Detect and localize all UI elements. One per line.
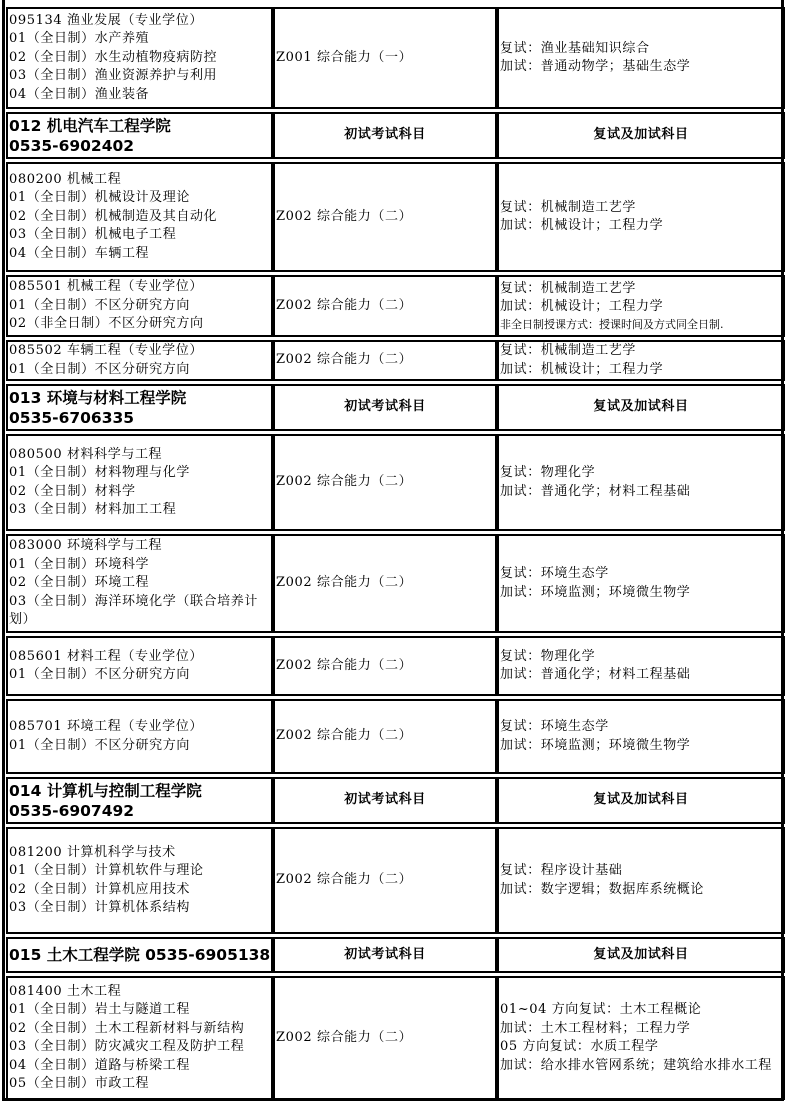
initial-exam: Z002 综合能力（二） <box>276 727 494 746</box>
department-name: 015 土木工程学院 0535-6905138 <box>9 945 270 965</box>
department-name: 014 计算机与控制工程学院 <box>9 781 270 801</box>
direction: 01（全日制）不区分研究方向 <box>9 361 270 380</box>
retest-cell: 01~04 方向复试：土木工程概论 加试：土木工程材料；工程力学 05 方向复试… <box>497 976 785 1100</box>
retest-header: 复试及加试科目 <box>497 777 785 824</box>
additional-subject: 加试：数字逻辑；数据库系统概论 <box>500 881 782 900</box>
program-cell: 085502 车辆工程（专业学位） 01（全日制）不区分研究方向 <box>6 340 273 381</box>
program-cell: 081400 土木工程 01（全日制）岩土与隧道工程 02（全日制）土木工程新材… <box>6 976 273 1100</box>
program-cell: 085601 材料工程（专业学位） 01（全日制）不区分研究方向 <box>6 636 273 696</box>
retest-cell: 复试：物理化学 加试：普通化学；材料工程基础 <box>497 434 785 531</box>
program-cell: 085501 机械工程（专业学位） 01（全日制）不区分研究方向 02（非全日制… <box>6 275 273 337</box>
additional-subject: 加试：环境监测；环境微生物学 <box>500 737 782 756</box>
department-cell: 015 土木工程学院 0535-6905138 <box>6 937 273 973</box>
program-title: 085501 机械工程（专业学位） <box>9 278 270 297</box>
direction: 04（全日制）车辆工程 <box>9 245 270 264</box>
retest-cell: 复试：机械制造工艺学 加试：机械设计；工程力学 非全日制授课方式：授课时间及方式… <box>497 275 785 337</box>
retest-subject: 复试：环境生态学 <box>500 565 782 584</box>
direction: 05（全日制）市政工程 <box>9 1075 270 1094</box>
initial-exam: Z002 综合能力（二） <box>276 351 494 370</box>
program-cell: 081200 计算机科学与技术 01（全日制）计算机软件与理论 02（全日制）计… <box>6 827 273 934</box>
initial-exam-header: 初试考试科目 <box>273 777 497 824</box>
table-row: 085501 机械工程（专业学位） 01（全日制）不区分研究方向 02（非全日制… <box>6 275 785 337</box>
additional-subject: 加试：环境监测；环境微生物学 <box>500 584 782 603</box>
retest-subject: 复试：机械制造工艺学 <box>500 342 782 361</box>
direction: 02（全日制）机械制造及其自动化 <box>9 208 270 227</box>
program-title: 085601 材料工程（专业学位） <box>9 648 270 667</box>
program-cell: 095134 渔业发展（专业学位） 01（全日制）水产养殖 02（全日制）水生动… <box>6 7 273 109</box>
program-cell: 083000 环境科学与工程 01（全日制）环境科学 02（全日制）环境工程 0… <box>6 534 273 633</box>
initial-exam: Z002 综合能力（二） <box>276 657 494 676</box>
retest-subject: 01~04 方向复试：土木工程概论 <box>500 1001 782 1020</box>
direction: 04（全日制）渔业装备 <box>9 86 270 105</box>
program-title: 080200 机械工程 <box>9 171 270 190</box>
department-cell: 014 计算机与控制工程学院 0535-6907492 <box>6 777 273 824</box>
program-title: 083000 环境科学与工程 <box>9 537 270 556</box>
additional-subject: 加试：普通动物学；基础生态学 <box>500 58 782 77</box>
retest-subject: 复试：程序设计基础 <box>500 862 782 881</box>
additional-subject: 加试：土木工程材料；工程力学 <box>500 1020 782 1039</box>
initial-exam-cell: Z002 综合能力（二） <box>273 340 497 381</box>
direction: 03（全日制）海洋环境化学（联合培养计划） <box>9 593 270 630</box>
retest-cell: 复试：环境生态学 加试：环境监测；环境微生物学 <box>497 699 785 774</box>
direction: 03（全日制）渔业资源养护与利用 <box>9 67 270 86</box>
direction: 01（全日制）计算机软件与理论 <box>9 862 270 881</box>
additional-subject: 加试：给水排水管网系统；建筑给水排水工程 <box>500 1057 782 1076</box>
direction: 03（全日制）防灾减灾工程及防护工程 <box>9 1038 270 1057</box>
department-phone: 0535-6902402 <box>9 136 270 156</box>
department-cell: 013 环境与材料工程学院 0535-6706335 <box>6 384 273 431</box>
initial-exam: Z002 综合能力（二） <box>276 574 494 593</box>
direction: 02（非全日制）不区分研究方向 <box>9 315 270 334</box>
table-row: 083000 环境科学与工程 01（全日制）环境科学 02（全日制）环境工程 0… <box>6 534 785 633</box>
direction: 03（全日制）计算机体系结构 <box>9 899 270 918</box>
program-cell: 080200 机械工程 01（全日制）机械设计及理论 02（全日制）机械制造及其… <box>6 162 273 272</box>
direction: 01（全日制）岩土与隧道工程 <box>9 1001 270 1020</box>
retest-header: 复试及加试科目 <box>497 384 785 431</box>
department-phone: 0535-6907492 <box>9 801 270 821</box>
retest-cell: 复试：机械制造工艺学 加试：机械设计；工程力学 <box>497 162 785 272</box>
retest-header: 复试及加试科目 <box>497 937 785 973</box>
program-title: 085701 环境工程（专业学位） <box>9 718 270 737</box>
program-title: 085502 车辆工程（专业学位） <box>9 342 270 361</box>
additional-subject: 加试：普通化学；材料工程基础 <box>500 666 782 685</box>
initial-exam: Z002 综合能力（二） <box>276 208 494 227</box>
direction: 01（全日制）不区分研究方向 <box>9 737 270 756</box>
direction: 03（全日制）机械电子工程 <box>9 226 270 245</box>
direction: 02（全日制）土木工程新材料与新结构 <box>9 1020 270 1039</box>
initial-exam-header: 初试考试科目 <box>273 937 497 973</box>
table-row: 080500 材料科学与工程 01（全日制）材料物理与化学 02（全日制）材料学… <box>6 434 785 531</box>
initial-exam: Z001 综合能力（一） <box>276 49 494 68</box>
initial-exam-cell: Z002 综合能力（二） <box>273 534 497 633</box>
department-header-row: 012 机电汽车工程学院 0535-6902402 初试考试科目 复试及加试科目 <box>6 112 785 159</box>
initial-exam: Z002 综合能力（二） <box>276 473 494 492</box>
admission-subjects-table: 095134 渔业发展（专业学位） 01（全日制）水产养殖 02（全日制）水生动… <box>6 4 785 1103</box>
direction: 01（全日制）机械设计及理论 <box>9 189 270 208</box>
program-cell: 085701 环境工程（专业学位） 01（全日制）不区分研究方向 <box>6 699 273 774</box>
part-time-note: 非全日制授课方式：授课时间及方式同全日制. <box>500 317 782 333</box>
table-row: 085601 材料工程（专业学位） 01（全日制）不区分研究方向 Z002 综合… <box>6 636 785 696</box>
initial-exam-header: 初试考试科目 <box>273 384 497 431</box>
initial-exam-cell: Z002 综合能力（二） <box>273 636 497 696</box>
program-title: 081400 土木工程 <box>9 983 270 1002</box>
initial-exam-cell: Z001 综合能力（一） <box>273 7 497 109</box>
direction: 01（全日制）环境科学 <box>9 556 270 575</box>
department-phone: 0535-6706335 <box>9 408 270 428</box>
department-header-row: 015 土木工程学院 0535-6905138 初试考试科目 复试及加试科目 <box>6 937 785 973</box>
retest-subject: 复试：物理化学 <box>500 464 782 483</box>
direction: 02（全日制）材料学 <box>9 483 270 502</box>
direction: 04（全日制）道路与桥梁工程 <box>9 1057 270 1076</box>
program-cell: 080500 材料科学与工程 01（全日制）材料物理与化学 02（全日制）材料学… <box>6 434 273 531</box>
direction: 03（全日制）材料加工工程 <box>9 501 270 520</box>
department-cell: 012 机电汽车工程学院 0535-6902402 <box>6 112 273 159</box>
additional-subject: 加试：机械设计；工程力学 <box>500 298 782 317</box>
direction: 02（全日制）环境工程 <box>9 574 270 593</box>
additional-subject: 加试：普通化学；材料工程基础 <box>500 483 782 502</box>
retest-subject: 复试：机械制造工艺学 <box>500 199 782 218</box>
retest-subject: 复试：机械制造工艺学 <box>500 280 782 299</box>
table-row: 080200 机械工程 01（全日制）机械设计及理论 02（全日制）机械制造及其… <box>6 162 785 272</box>
retest-subject: 05 方向复试：水质工程学 <box>500 1038 782 1057</box>
department-name: 013 环境与材料工程学院 <box>9 388 270 408</box>
initial-exam-header: 初试考试科目 <box>273 112 497 159</box>
initial-exam-cell: Z002 综合能力（二） <box>273 275 497 337</box>
program-title: 080500 材料科学与工程 <box>9 446 270 465</box>
retest-subject: 复试：环境生态学 <box>500 718 782 737</box>
retest-subject: 复试：渔业基础知识综合 <box>500 40 782 59</box>
department-header-row: 013 环境与材料工程学院 0535-6706335 初试考试科目 复试及加试科… <box>6 384 785 431</box>
table-row: 081400 土木工程 01（全日制）岩土与隧道工程 02（全日制）土木工程新材… <box>6 976 785 1100</box>
initial-exam-cell: Z002 综合能力（二） <box>273 434 497 531</box>
direction: 01（全日制）不区分研究方向 <box>9 297 270 316</box>
department-name: 012 机电汽车工程学院 <box>9 116 270 136</box>
retest-cell: 复试：程序设计基础 加试：数字逻辑；数据库系统概论 <box>497 827 785 934</box>
initial-exam: Z002 综合能力（二） <box>276 297 494 316</box>
direction: 02（全日制）水生动植物疫病防控 <box>9 49 270 68</box>
initial-exam-cell: Z002 综合能力（二） <box>273 162 497 272</box>
retest-header: 复试及加试科目 <box>497 112 785 159</box>
retest-subject: 复试：物理化学 <box>500 648 782 667</box>
initial-exam-cell: Z002 综合能力（二） <box>273 827 497 934</box>
additional-subject: 加试：机械设计；工程力学 <box>500 217 782 236</box>
table-row: 085502 车辆工程（专业学位） 01（全日制）不区分研究方向 Z002 综合… <box>6 340 785 381</box>
retest-cell: 复试：物理化学 加试：普通化学；材料工程基础 <box>497 636 785 696</box>
initial-exam: Z002 综合能力（二） <box>276 1029 494 1048</box>
program-title: 095134 渔业发展（专业学位） <box>9 12 270 31</box>
initial-exam-cell: Z002 综合能力（二） <box>273 976 497 1100</box>
retest-cell: 复试：机械制造工艺学 加试：机械设计；工程力学 <box>497 340 785 381</box>
direction: 01（全日制）水产养殖 <box>9 30 270 49</box>
initial-exam: Z002 综合能力（二） <box>276 871 494 890</box>
retest-cell: 复试：渔业基础知识综合 加试：普通动物学；基础生态学 <box>497 7 785 109</box>
initial-exam-cell: Z002 综合能力（二） <box>273 699 497 774</box>
department-header-row: 014 计算机与控制工程学院 0535-6907492 初试考试科目 复试及加试… <box>6 777 785 824</box>
table-row: 095134 渔业发展（专业学位） 01（全日制）水产养殖 02（全日制）水生动… <box>6 7 785 109</box>
program-title: 081200 计算机科学与技术 <box>9 844 270 863</box>
additional-subject: 加试：机械设计；工程力学 <box>500 361 782 380</box>
direction: 01（全日制）不区分研究方向 <box>9 666 270 685</box>
retest-cell: 复试：环境生态学 加试：环境监测；环境微生物学 <box>497 534 785 633</box>
direction: 02（全日制）计算机应用技术 <box>9 881 270 900</box>
table-row: 081200 计算机科学与技术 01（全日制）计算机软件与理论 02（全日制）计… <box>6 827 785 934</box>
direction: 01（全日制）材料物理与化学 <box>9 464 270 483</box>
table-row: 085701 环境工程（专业学位） 01（全日制）不区分研究方向 Z002 综合… <box>6 699 785 774</box>
